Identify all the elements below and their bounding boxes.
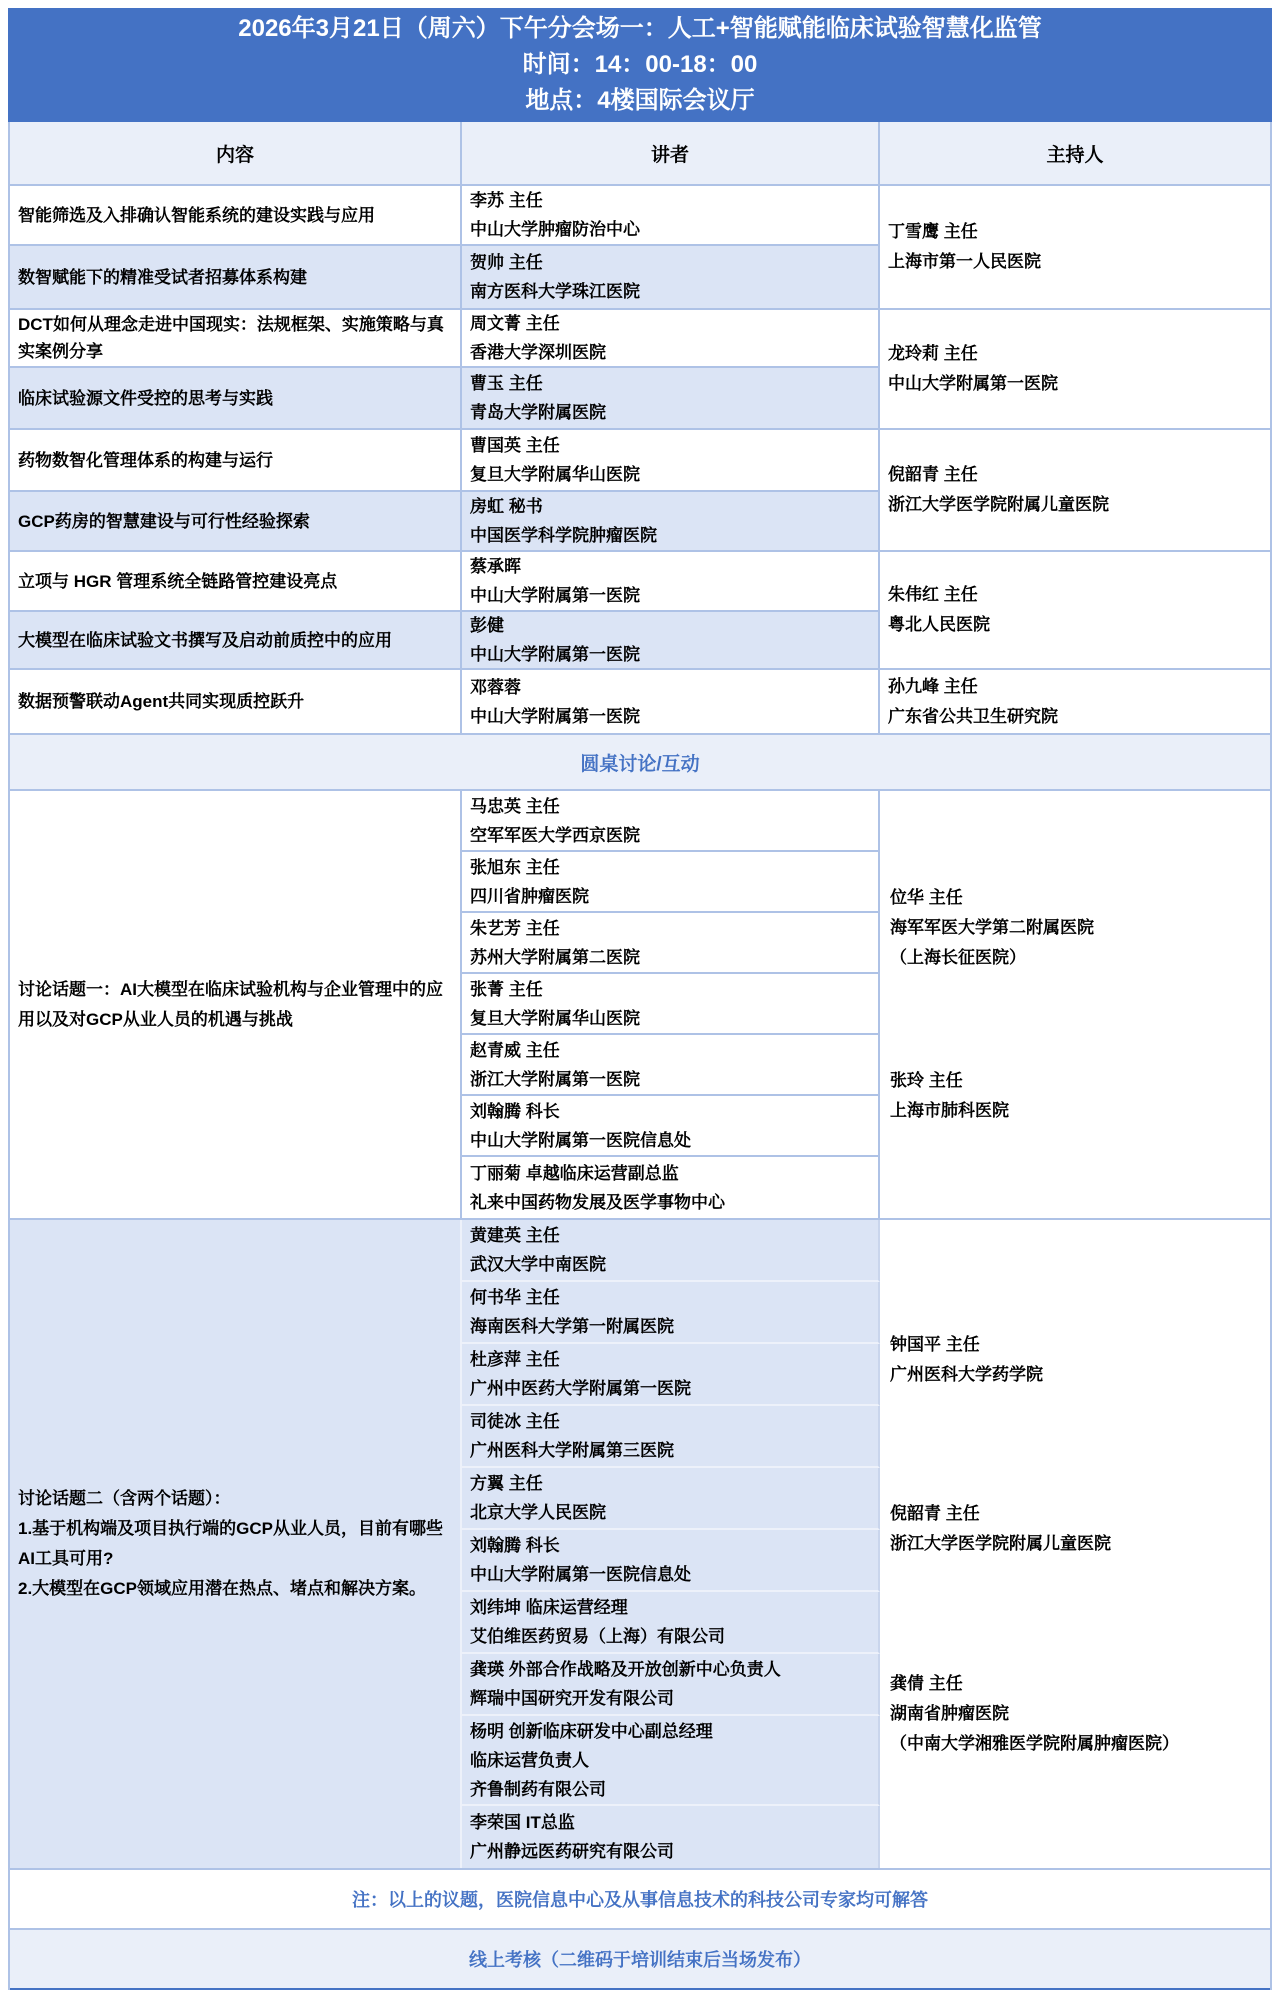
- moderator-name: 倪韶青 主任: [890, 1499, 1260, 1529]
- panelist-org: 齐鲁制药有限公司: [470, 1775, 870, 1804]
- conference-venue: 地点：4楼国际会议厅: [525, 83, 754, 119]
- col-header-moderator: 主持人: [880, 122, 1270, 186]
- speaker-org: 中国医学科学院肿瘤医院: [470, 521, 870, 550]
- moderator-org: 湖南省肿瘤医院: [890, 1699, 1260, 1729]
- moderator-cell: 倪韶青 主任 浙江大学医学院附属儿童医院: [880, 430, 1270, 552]
- panelist-name: 龚瑛 外部合作战略及开放创新中心负责人: [470, 1655, 870, 1684]
- panelist-name: 何书华 主任: [470, 1283, 870, 1312]
- discussion-2-section: 讨论话题二（含两个话题）： 1.基于机构端及项目执行端的GCP从业人员，目前有哪…: [10, 1220, 1270, 1870]
- panelist-org: 北京大学人民医院: [470, 1498, 870, 1527]
- roundtable-banner: 圆桌讨论/互动: [10, 735, 1270, 791]
- moderator-org: 中山大学附属第一医院: [888, 369, 1262, 399]
- speaker-org: 中山大学附属第一医院: [470, 640, 870, 669]
- moderator-name: 张玲 主任: [890, 1066, 1260, 1096]
- moderator-org: 海军军医大学第二附属医院: [890, 913, 1260, 943]
- note-row: 注：以上的议题，医院信息中心及从事信息技术的科技公司专家均可解答: [10, 1870, 1270, 1930]
- moderator-org: 浙江大学医学院附属儿童医院: [888, 490, 1262, 520]
- conference-time: 时间：14：00-18：00: [523, 47, 758, 83]
- moderator-org: 上海市肺科医院: [890, 1096, 1260, 1126]
- moderator-name: 位华 主任: [890, 883, 1260, 913]
- speaker-cell: 彭健 中山大学附属第一医院: [462, 612, 880, 670]
- panelist-cell: 朱艺芳 主任 苏州大学附属第二医院: [462, 913, 880, 974]
- discussion-topic-line: 1.基于机构端及项目执行端的GCP从业人员，目前有哪些AI工具可用?: [18, 1514, 452, 1574]
- panelist-org: 礼来中国药物发展及医学事物中心: [470, 1188, 870, 1217]
- speaker-org: 南方医科大学珠江医院: [470, 277, 870, 306]
- moderator-org: 广东省公共卫生研究院: [888, 702, 1262, 732]
- speaker-cell: 曹国英 主任 复旦大学附属华山医院: [462, 430, 880, 492]
- panelist-cell: 黄建英 主任 武汉大学中南医院: [462, 1220, 880, 1282]
- panelist-org: 中山大学附属第一医院信息处: [470, 1560, 870, 1589]
- panelist-cell: 李荣国 IT总监 广州静远医药研究有限公司: [462, 1806, 880, 1868]
- panelist-org: 苏州大学附属第二医院: [470, 943, 870, 972]
- panelist-org: 广州静远医药研究有限公司: [470, 1837, 870, 1866]
- speaker-name: 贺帅 主任: [470, 248, 870, 277]
- panelist-name: 黄建英 主任: [470, 1221, 870, 1250]
- moderator-cell: 丁雪鹰 主任 上海市第一人民医院: [880, 186, 1270, 310]
- moderator-group: 张玲 主任 上海市肺科医院: [890, 1066, 1260, 1126]
- panelist-name: 杨明 创新临床研发中心副总经理: [470, 1717, 870, 1746]
- panelist-role: 临床运营负责人: [470, 1746, 870, 1775]
- speaker-org: 中山大学附属第一医院: [470, 581, 870, 610]
- panelist-org: 空军军医大学西京医院: [470, 821, 870, 850]
- speaker-org: 中山大学附属第一医院: [470, 702, 870, 731]
- panelist-name: 刘翰腾 科长: [470, 1531, 870, 1560]
- topic-cell: 立项与 HGR 管理系统全链路管控建设亮点: [10, 552, 462, 612]
- speaker-cell: 邓蓉蓉 中山大学附属第一医院: [462, 670, 880, 735]
- panelist-org: 四川省肿瘤医院: [470, 882, 870, 911]
- moderator-group: 倪韶青 主任 浙江大学医学院附属儿童医院: [890, 1499, 1260, 1559]
- moderator-cell: 朱伟红 主任 粤北人民医院: [880, 552, 1270, 670]
- moderator-name: 钟国平 主任: [890, 1330, 1260, 1360]
- moderator-name: 龙玲莉 主任: [888, 339, 1262, 369]
- moderators-cell: 位华 主任 海军军医大学第二附属医院 （上海长征医院） 张玲 主任 上海市肺科医…: [880, 791, 1270, 1218]
- moderators-cell: 钟国平 主任 广州医科大学药学院 倪韶青 主任 浙江大学医学院附属儿童医院 龚倩…: [880, 1220, 1270, 1868]
- panelist-cell: 丁丽菊 卓越临床运营副总监 礼来中国药物发展及医学事物中心: [462, 1157, 880, 1218]
- panelist-org: 海南医科大学第一附属医院: [470, 1312, 870, 1341]
- topic-cell: 数智赋能下的精准受试者招募体系构建: [10, 246, 462, 310]
- speaker-cell: 周文菁 主任 香港大学深圳医院: [462, 310, 880, 368]
- discussion-topic-line: 讨论话题二（含两个话题）：: [18, 1484, 452, 1514]
- moderator-org: 上海市第一人民医院: [888, 247, 1262, 277]
- col-header-speaker: 讲者: [462, 122, 880, 186]
- topic-cell: GCP药房的智慧建设与可行性经验探索: [10, 492, 462, 552]
- moderator-group: 钟国平 主任 广州医科大学药学院: [890, 1330, 1260, 1390]
- agenda-page: 2026年3月21日（周六）下午分会场一：人工+智能赋能临床试验智慧化监管 时间…: [0, 0, 1280, 1990]
- topic-cell: 数据预警联动Agent共同实现质控跃升: [10, 670, 462, 735]
- panelist-cell: 龚瑛 外部合作战略及开放创新中心负责人 辉瑞中国研究开发有限公司: [462, 1654, 880, 1716]
- panelist-org: 辉瑞中国研究开发有限公司: [470, 1684, 870, 1713]
- speaker-org: 青岛大学附属医院: [470, 398, 870, 427]
- moderator-cell: 孙九峰 主任 广东省公共卫生研究院: [880, 670, 1270, 735]
- panelist-cell: 刘翰腾 科长 中山大学附属第一医院信息处: [462, 1530, 880, 1592]
- panelist-org: 武汉大学中南医院: [470, 1250, 870, 1279]
- speaker-org: 香港大学深圳医院: [470, 338, 870, 367]
- panelist-org: 艾伯维医药贸易（上海）有限公司: [470, 1622, 870, 1651]
- speaker-org: 复旦大学附属华山医院: [470, 460, 870, 489]
- panelist-name: 马忠英 主任: [470, 792, 870, 821]
- panelist-org: 广州中医药大学附属第一医院: [470, 1374, 870, 1403]
- speaker-name: 蔡承晖: [470, 552, 870, 581]
- discussion-topic-line: 2.大模型在GCP领域应用潜在热点、堵点和解决方案。: [18, 1574, 452, 1604]
- col-header-content: 内容: [10, 122, 462, 186]
- topic-cell: 临床试验源文件受控的思考与实践: [10, 368, 462, 430]
- topic-cell: 药物数智化管理体系的构建与运行: [10, 430, 462, 492]
- moderator-org-alias: （上海长征医院）: [890, 943, 1260, 973]
- discussion-1-section: 讨论话题一：AI大模型在临床试验机构与企业管理中的应用以及对GCP从业人员的机遇…: [10, 791, 1270, 1220]
- panelist-name: 朱艺芳 主任: [470, 914, 870, 943]
- moderator-org: 浙江大学医学院附属儿童医院: [890, 1529, 1260, 1559]
- panelist-name: 杜彦萍 主任: [470, 1345, 870, 1374]
- speaker-name: 房虹 秘书: [470, 492, 870, 521]
- speaker-cell: 曹玉 主任 青岛大学附属医院: [462, 368, 880, 430]
- panelist-cell: 司徒冰 主任 广州医科大学附属第三医院: [462, 1406, 880, 1468]
- panelist-cell: 何书华 主任 海南医科大学第一附属医院: [462, 1282, 880, 1344]
- topic-cell: 大模型在临床试验文书撰写及启动前质控中的应用: [10, 612, 462, 670]
- discussion-topic-cell: 讨论话题一：AI大模型在临床试验机构与企业管理中的应用以及对GCP从业人员的机遇…: [10, 791, 462, 1218]
- speaker-cell: 贺帅 主任 南方医科大学珠江医院: [462, 246, 880, 310]
- panelist-name: 刘纬坤 临床运营经理: [470, 1593, 870, 1622]
- topic-cell: 智能筛选及入排确认智能系统的建设实践与应用: [10, 186, 462, 246]
- panelist-cell: 刘翰腾 科长 中山大学附属第一医院信息处: [462, 1096, 880, 1157]
- speaker-cell: 房虹 秘书 中国医学科学院肿瘤医院: [462, 492, 880, 552]
- panelist-cell: 杨明 创新临床研发中心副总经理 临床运营负责人 齐鲁制药有限公司: [462, 1716, 880, 1806]
- speaker-name: 李苏 主任: [470, 186, 870, 215]
- talks-section: 内容 讲者 主持人 智能筛选及入排确认智能系统的建设实践与应用 李苏 主任 中山…: [10, 122, 1270, 735]
- moderator-cell: 龙玲莉 主任 中山大学附属第一医院: [880, 310, 1270, 430]
- speaker-name: 曹国英 主任: [470, 431, 870, 460]
- moderator-group: 龚倩 主任 湖南省肿瘤医院 （中南大学湘雅医学院附属肿瘤医院）: [890, 1669, 1260, 1759]
- panelist-org: 复旦大学附属华山医院: [470, 1004, 870, 1033]
- moderator-name: 龚倩 主任: [890, 1669, 1260, 1699]
- speaker-cell: 李苏 主任 中山大学肿瘤防治中心: [462, 186, 880, 246]
- panelist-cell: 张旭东 主任 四川省肿瘤医院: [462, 852, 880, 913]
- panelist-name: 张旭东 主任: [470, 853, 870, 882]
- moderator-name: 倪韶青 主任: [888, 460, 1262, 490]
- panelist-name: 张菁 主任: [470, 975, 870, 1004]
- panelist-cell: 张菁 主任 复旦大学附属华山医院: [462, 974, 880, 1035]
- moderator-name: 朱伟红 主任: [888, 580, 1262, 610]
- online-exam-row: 线上考核（二维码于培训结束后当场发布）: [10, 1930, 1270, 1988]
- moderator-org-alias: （中南大学湘雅医学院附属肿瘤医院）: [890, 1729, 1260, 1759]
- moderator-org: 广州医科大学药学院: [890, 1360, 1260, 1390]
- panelist-cell: 马忠英 主任 空军军医大学西京医院: [462, 791, 880, 852]
- speaker-cell: 蔡承晖 中山大学附属第一医院: [462, 552, 880, 612]
- panelist-cell: 赵青威 主任 浙江大学附属第一医院: [462, 1035, 880, 1096]
- panelist-cell: 方翼 主任 北京大学人民医院: [462, 1468, 880, 1530]
- panelist-cell: 杜彦萍 主任 广州中医药大学附属第一医院: [462, 1344, 880, 1406]
- speaker-name: 彭健: [470, 611, 870, 640]
- agenda-table: 内容 讲者 主持人 智能筛选及入排确认智能系统的建设实践与应用 李苏 主任 中山…: [8, 122, 1272, 1990]
- panelist-org: 中山大学附属第一医院信息处: [470, 1126, 870, 1155]
- panelist-name: 刘翰腾 科长: [470, 1097, 870, 1126]
- speaker-name: 周文菁 主任: [470, 309, 870, 338]
- panelist-name: 丁丽菊 卓越临床运营副总监: [470, 1159, 870, 1188]
- panelist-name: 司徒冰 主任: [470, 1407, 870, 1436]
- discussion-topic-cell: 讨论话题二（含两个话题）： 1.基于机构端及项目执行端的GCP从业人员，目前有哪…: [10, 1220, 462, 1868]
- session-header-banner: 2026年3月21日（周六）下午分会场一：人工+智能赋能临床试验智慧化监管 时间…: [8, 8, 1272, 122]
- panelist-name: 李荣国 IT总监: [470, 1808, 870, 1837]
- panelist-name: 方翼 主任: [470, 1469, 870, 1498]
- topic-cell: DCT如何从理念走进中国现实：法规框架、实施策略与真实案例分享: [10, 310, 462, 368]
- panelist-cell: 刘纬坤 临床运营经理 艾伯维医药贸易（上海）有限公司: [462, 1592, 880, 1654]
- conference-title: 2026年3月21日（周六）下午分会场一：人工+智能赋能临床试验智慧化监管: [238, 11, 1041, 47]
- speaker-name: 邓蓉蓉: [470, 673, 870, 702]
- moderator-org: 粤北人民医院: [888, 610, 1262, 640]
- panelist-name: 赵青威 主任: [470, 1036, 870, 1065]
- moderator-name: 丁雪鹰 主任: [888, 217, 1262, 247]
- moderator-name: 孙九峰 主任: [888, 672, 1262, 702]
- speaker-org: 中山大学肿瘤防治中心: [470, 215, 870, 244]
- panelist-org: 广州医科大学附属第三医院: [470, 1436, 870, 1465]
- panelist-org: 浙江大学附属第一医院: [470, 1065, 870, 1094]
- speaker-name: 曹玉 主任: [470, 369, 870, 398]
- moderator-group: 位华 主任 海军军医大学第二附属医院 （上海长征医院）: [890, 883, 1260, 973]
